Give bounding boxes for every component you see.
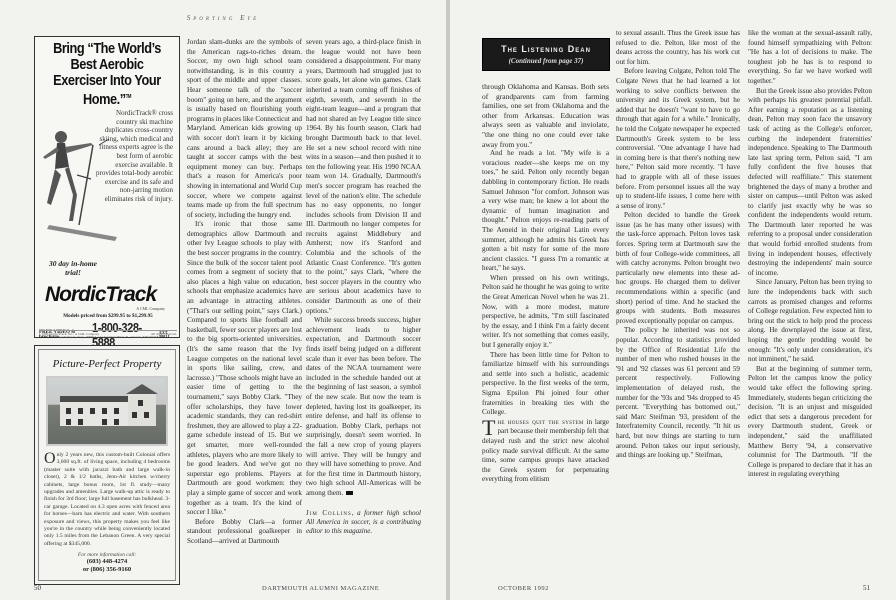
article-column-2: to sexual assault. Thus the Greek issue … <box>616 29 740 529</box>
article-column-3: like the woman at the sexual-assault ral… <box>748 29 872 529</box>
property-title: Picture-Perfect Property <box>44 358 170 370</box>
copyright-line: ©1992 NordicTrack, Inc., A CML Company A… <box>39 330 177 336</box>
ad-body-text: NordicTrack® cross country ski machine d… <box>95 109 173 204</box>
issue-date: OCTOBER 1992 <box>498 585 549 592</box>
article-column-1: Jordan slam-dunks are the symbols of the… <box>187 38 302 558</box>
section-start: The houses quit the system in large part… <box>482 418 609 485</box>
contact-phone-2: or (806) 356-9160 <box>44 566 170 574</box>
barn-icon <box>128 394 156 426</box>
author-byline: Jim Collins, a former high school All Am… <box>306 509 421 536</box>
house-icon <box>60 396 130 426</box>
end-mark-icon <box>346 491 353 495</box>
drop-cap: T <box>482 419 495 437</box>
magazine-title: DARTMOUTH ALUMNI MAGAZINE <box>262 585 379 592</box>
nordictrack-logo: NordicTrack <box>45 283 173 307</box>
article-column-1: through Oklahoma and Kansas. Both sets o… <box>482 82 609 542</box>
right-page: The Listening Dean (Continued from page … <box>450 0 896 600</box>
article-column-2: seven years ago, a third-place finish in… <box>306 38 421 558</box>
contact-phone-1: (603) 448-4274 <box>44 558 170 566</box>
trial-offer: 30 day in-home trial! <box>43 259 103 277</box>
property-ad: Picture-Perfect Property <box>34 345 180 585</box>
page-number: 51 <box>863 584 870 592</box>
ad-headline: Bring “The World’s Best Aerobic Exercise… <box>49 41 165 108</box>
nordictrack-ad: Bring “The World’s Best Aerobic Exercise… <box>34 36 180 338</box>
property-description: Only 2 years new, this custom-built Colo… <box>44 452 170 548</box>
continued-header: The Listening Dean (Continued from page … <box>482 38 610 71</box>
article-title: The Listening Dean <box>487 44 605 54</box>
running-head: Sporting Eye <box>0 14 446 22</box>
logo-subtitle: A CML Company <box>136 306 165 311</box>
house-photo <box>46 376 168 446</box>
left-page: Sporting Eye Bring “The World’s Best Aer… <box>0 0 446 600</box>
page-number: 50 <box>34 584 41 592</box>
continued-from: (Continued from page 37) <box>487 57 605 65</box>
price-range: Models priced from $299.95 to $1,299.95 <box>39 313 177 319</box>
